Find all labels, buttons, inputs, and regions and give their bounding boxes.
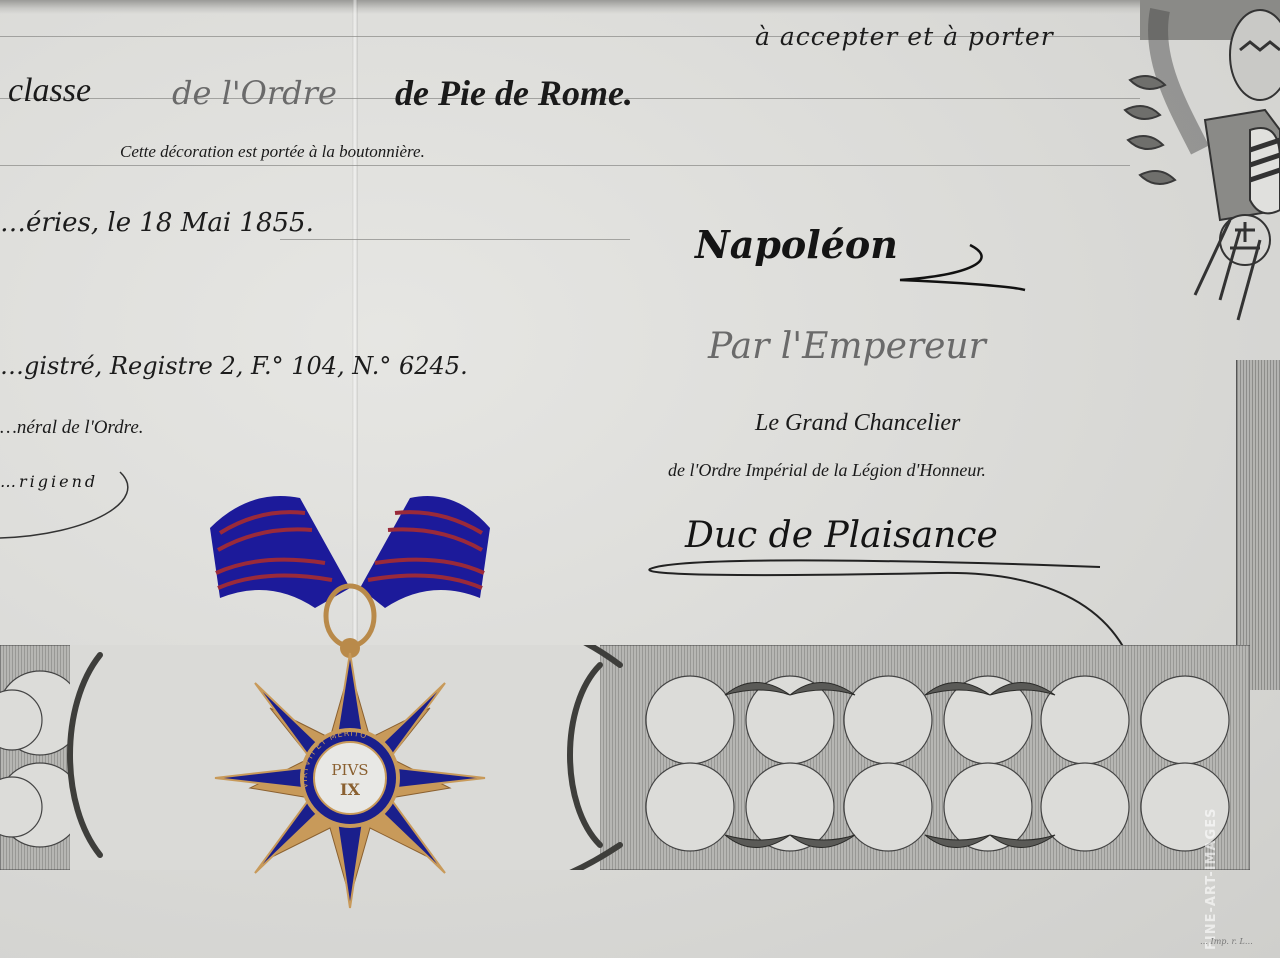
- signature-flourish: [0, 460, 150, 540]
- de-l-ordre-text: de l'Ordre: [172, 74, 337, 112]
- ruled-line: [0, 165, 1130, 166]
- order-name: de Pie de Rome.: [395, 72, 633, 114]
- ruled-line: [280, 239, 630, 240]
- chancellor-signature: Duc de Plaisance: [685, 515, 998, 556]
- registration-line: …gistré, Registre 2, F.° 104, N.° 6245.: [0, 352, 468, 380]
- boutonniere-note: Cette décoration est portée à la boutonn…: [120, 142, 425, 162]
- emperor-signature: Napoléon: [695, 222, 898, 267]
- class-word: classe: [8, 72, 91, 110]
- secretary-title: …néral de l'Ordre.: [0, 417, 144, 439]
- medal-text-pius: PIVS: [331, 761, 368, 779]
- chancellor-title: Le Grand Chancelier: [755, 410, 960, 437]
- diploma-paper: à accepter et à porter classe de l'Ordre…: [0, 0, 1280, 958]
- top-fold: [0, 0, 1280, 14]
- printer-line: … Imp. r. L…: [1200, 937, 1253, 946]
- right-border-pillar: [1236, 360, 1280, 690]
- watermark: FINE-ART-IMAGES: [1204, 770, 1234, 950]
- pius-ix-medal: PIVS IX VIRTVTI ET MERITO: [210, 488, 490, 928]
- chancellor-order: de l'Ordre Impérial de la Légion d'Honne…: [668, 460, 986, 481]
- place-date: …éries, le 18 Mai 1855.: [0, 208, 314, 238]
- ornamental-grille-band: [0, 645, 1250, 870]
- emperor-flourish: [890, 240, 1030, 300]
- ribbon: [210, 496, 490, 608]
- accept-text: à accepter et à porter: [755, 22, 1054, 51]
- par-l-empereur: Par l'Empereur: [708, 326, 986, 367]
- medal-text-ix: IX: [340, 780, 360, 799]
